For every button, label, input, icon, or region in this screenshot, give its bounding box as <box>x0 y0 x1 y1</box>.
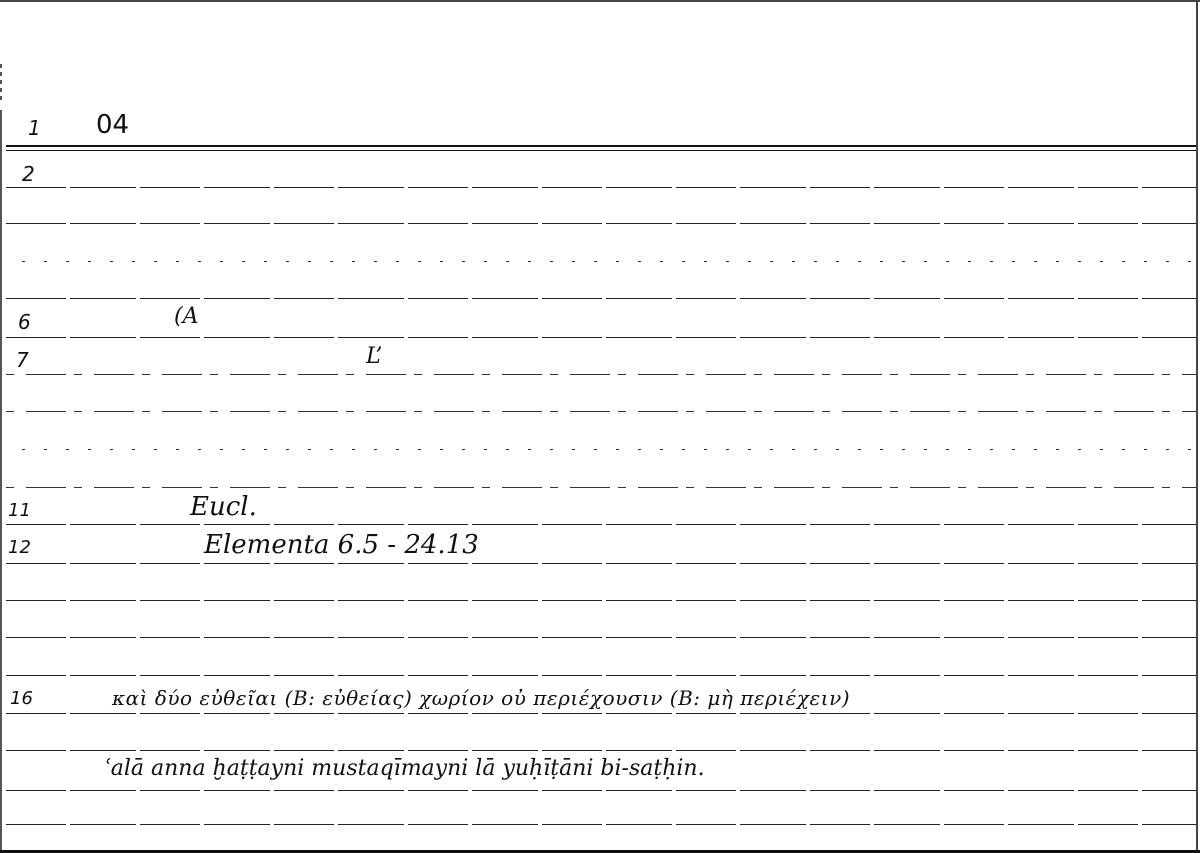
ruled-line <box>6 374 1196 375</box>
ruled-line <box>6 790 1196 791</box>
line-number: 1 <box>28 116 41 140</box>
ruled-line <box>6 675 1196 676</box>
line-number: 7 <box>16 348 29 372</box>
ruled-line <box>6 411 1196 412</box>
handwritten-entry: L’ <box>366 344 382 369</box>
handwritten-entry: Elementa 6.5 - 24.13 <box>204 530 479 560</box>
header-double-rule-bottom <box>6 150 1196 151</box>
line-number: 6 <box>18 310 31 334</box>
handwritten-greek-entry: καὶ δύο εὐθεῖαι (B: εὐθείας) χωρίον οὐ π… <box>112 686 850 710</box>
line-number: 2 <box>22 162 35 186</box>
handwritten-entry: (A <box>174 304 198 329</box>
ruled-line <box>6 298 1196 299</box>
handwritten-transliteration-entry: ʿalā anna ḫaṭṭayni mustaqīmayni lā yuḥīṭ… <box>104 756 705 781</box>
ruled-line-faint <box>22 449 1192 450</box>
index-card: 1 04 2 6 (A 7 L’ 11 Eucl. 12 Elementa 6.… <box>0 0 1200 853</box>
ruled-line <box>6 187 1196 188</box>
line-number: 11 <box>8 500 31 521</box>
ruled-line <box>6 600 1196 601</box>
handwritten-entry: Eucl. <box>190 492 257 522</box>
ruled-line <box>6 824 1196 825</box>
ruled-line-faint <box>22 261 1192 262</box>
header-double-rule-top <box>6 145 1196 147</box>
card-left-border <box>0 110 2 853</box>
ruled-line <box>6 223 1196 224</box>
card-right-border <box>1196 0 1198 853</box>
line-number: 12 <box>8 537 31 558</box>
ruled-line <box>6 487 1196 488</box>
ruled-line <box>6 337 1196 338</box>
ruled-line <box>6 563 1196 564</box>
card-top-border <box>0 0 1200 2</box>
card-left-ticks <box>0 64 2 104</box>
handwritten-entry: 04 <box>96 110 129 140</box>
ruled-line <box>6 637 1196 638</box>
ruled-line <box>6 750 1196 751</box>
ruled-line <box>6 713 1196 714</box>
line-number: 16 <box>10 688 33 709</box>
ruled-line <box>6 524 1196 525</box>
